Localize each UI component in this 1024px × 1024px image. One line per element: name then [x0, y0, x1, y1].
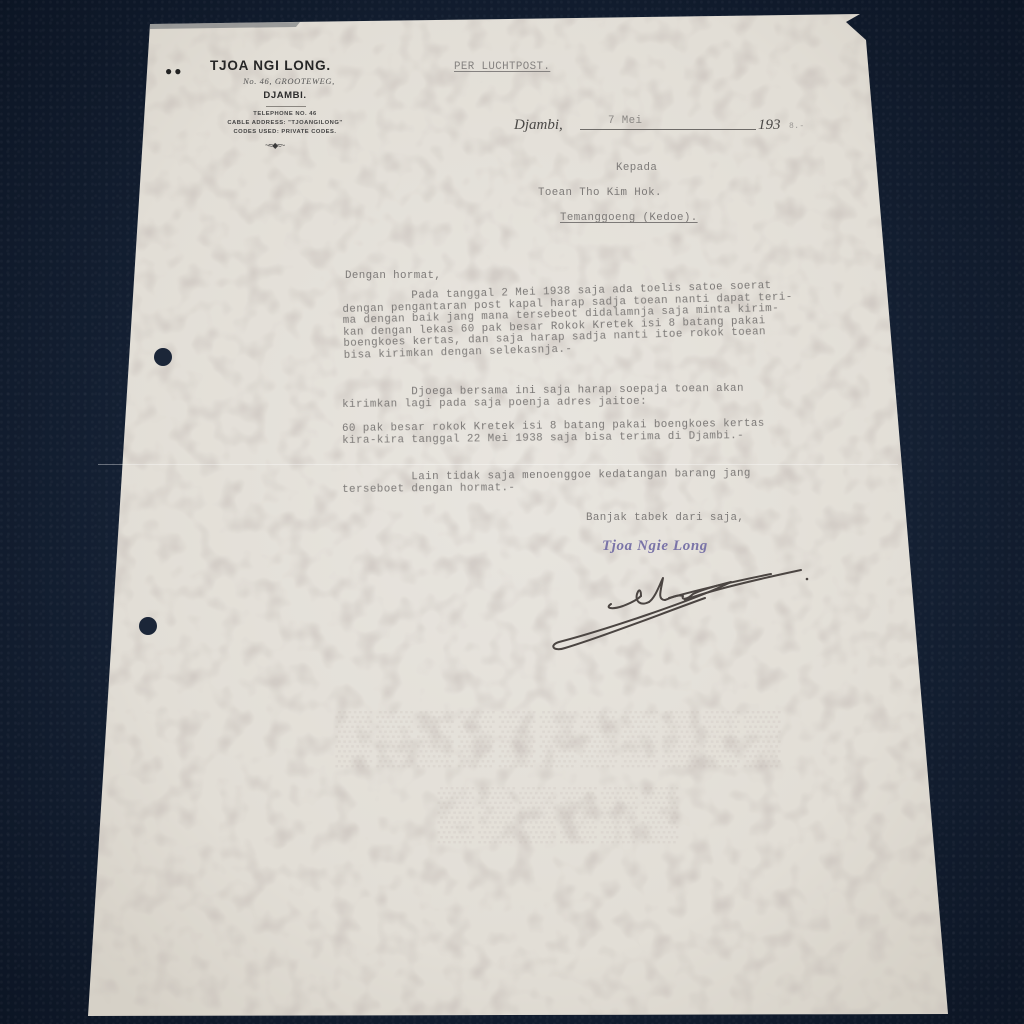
flourish-ornament-icon: ~≈◆≈~ [265, 141, 284, 150]
company-telephone: Telephone No. 46 [190, 111, 380, 117]
paragraph-3: 60 pak besar rokok Kretek isi 8 batang p… [342, 419, 765, 447]
company-name: TJOA NGI LONG. [210, 58, 331, 73]
watermark-line-1: ▒▒▒▒▒▒▒▒▒▒▒ [300, 700, 820, 776]
recipient-place: Temanggoeng (Kedoe). [560, 213, 698, 225]
recipient-name: Toean Tho Kim Hok. [538, 188, 662, 200]
bullet-ornament-icon: ●● [165, 64, 184, 78]
letterhead-divider [266, 106, 306, 107]
delivery-method: PER LUCHTPOST. [454, 62, 550, 74]
date-year-printed: 193 [758, 117, 781, 134]
watermark-line-2: ▒▒▒▒▒▒ [300, 776, 820, 852]
company-cable-address: Cable Address: "TJOANGILONG" [190, 120, 380, 126]
date-day: 7 Mei [608, 116, 642, 128]
place-label: Djambi, [514, 117, 563, 134]
paper-watermark: ▒▒▒▒▒▒▒▒▒▒▒ ▒▒▒▒▒▒ [300, 700, 820, 860]
company-codes: Codes Used: Private Codes. [190, 129, 380, 135]
paragraph-4: Lain tidak saja menoenggoe kedatangan ba… [342, 469, 751, 496]
company-street: No. 46, GROOTEWEG, [224, 76, 354, 86]
date-rule [580, 129, 756, 130]
letter-sheet: ●● TJOA NGI LONG. No. 46, GROOTEWEG, DJA… [0, 0, 1024, 1024]
punch-hole-upper [154, 348, 172, 366]
recipient-prefix: Kepada [616, 163, 657, 175]
punch-hole-lower [139, 617, 157, 635]
paragraph-2: Djoega bersama ini saja harap soepaja to… [342, 384, 744, 411]
salutation: Dengan hormat, [345, 271, 441, 283]
name-stamp: Tjoa Ngie Long [602, 538, 708, 555]
closing-line: Banjak tabek dari saja, [586, 513, 744, 525]
company-city: DJAMBI. [240, 90, 330, 101]
date-year-typed: 8.- [789, 121, 805, 133]
paragraph-1: Pada tanggal 2 Mei 1938 saja ada toelis … [342, 280, 794, 362]
signature-icon [545, 560, 815, 655]
